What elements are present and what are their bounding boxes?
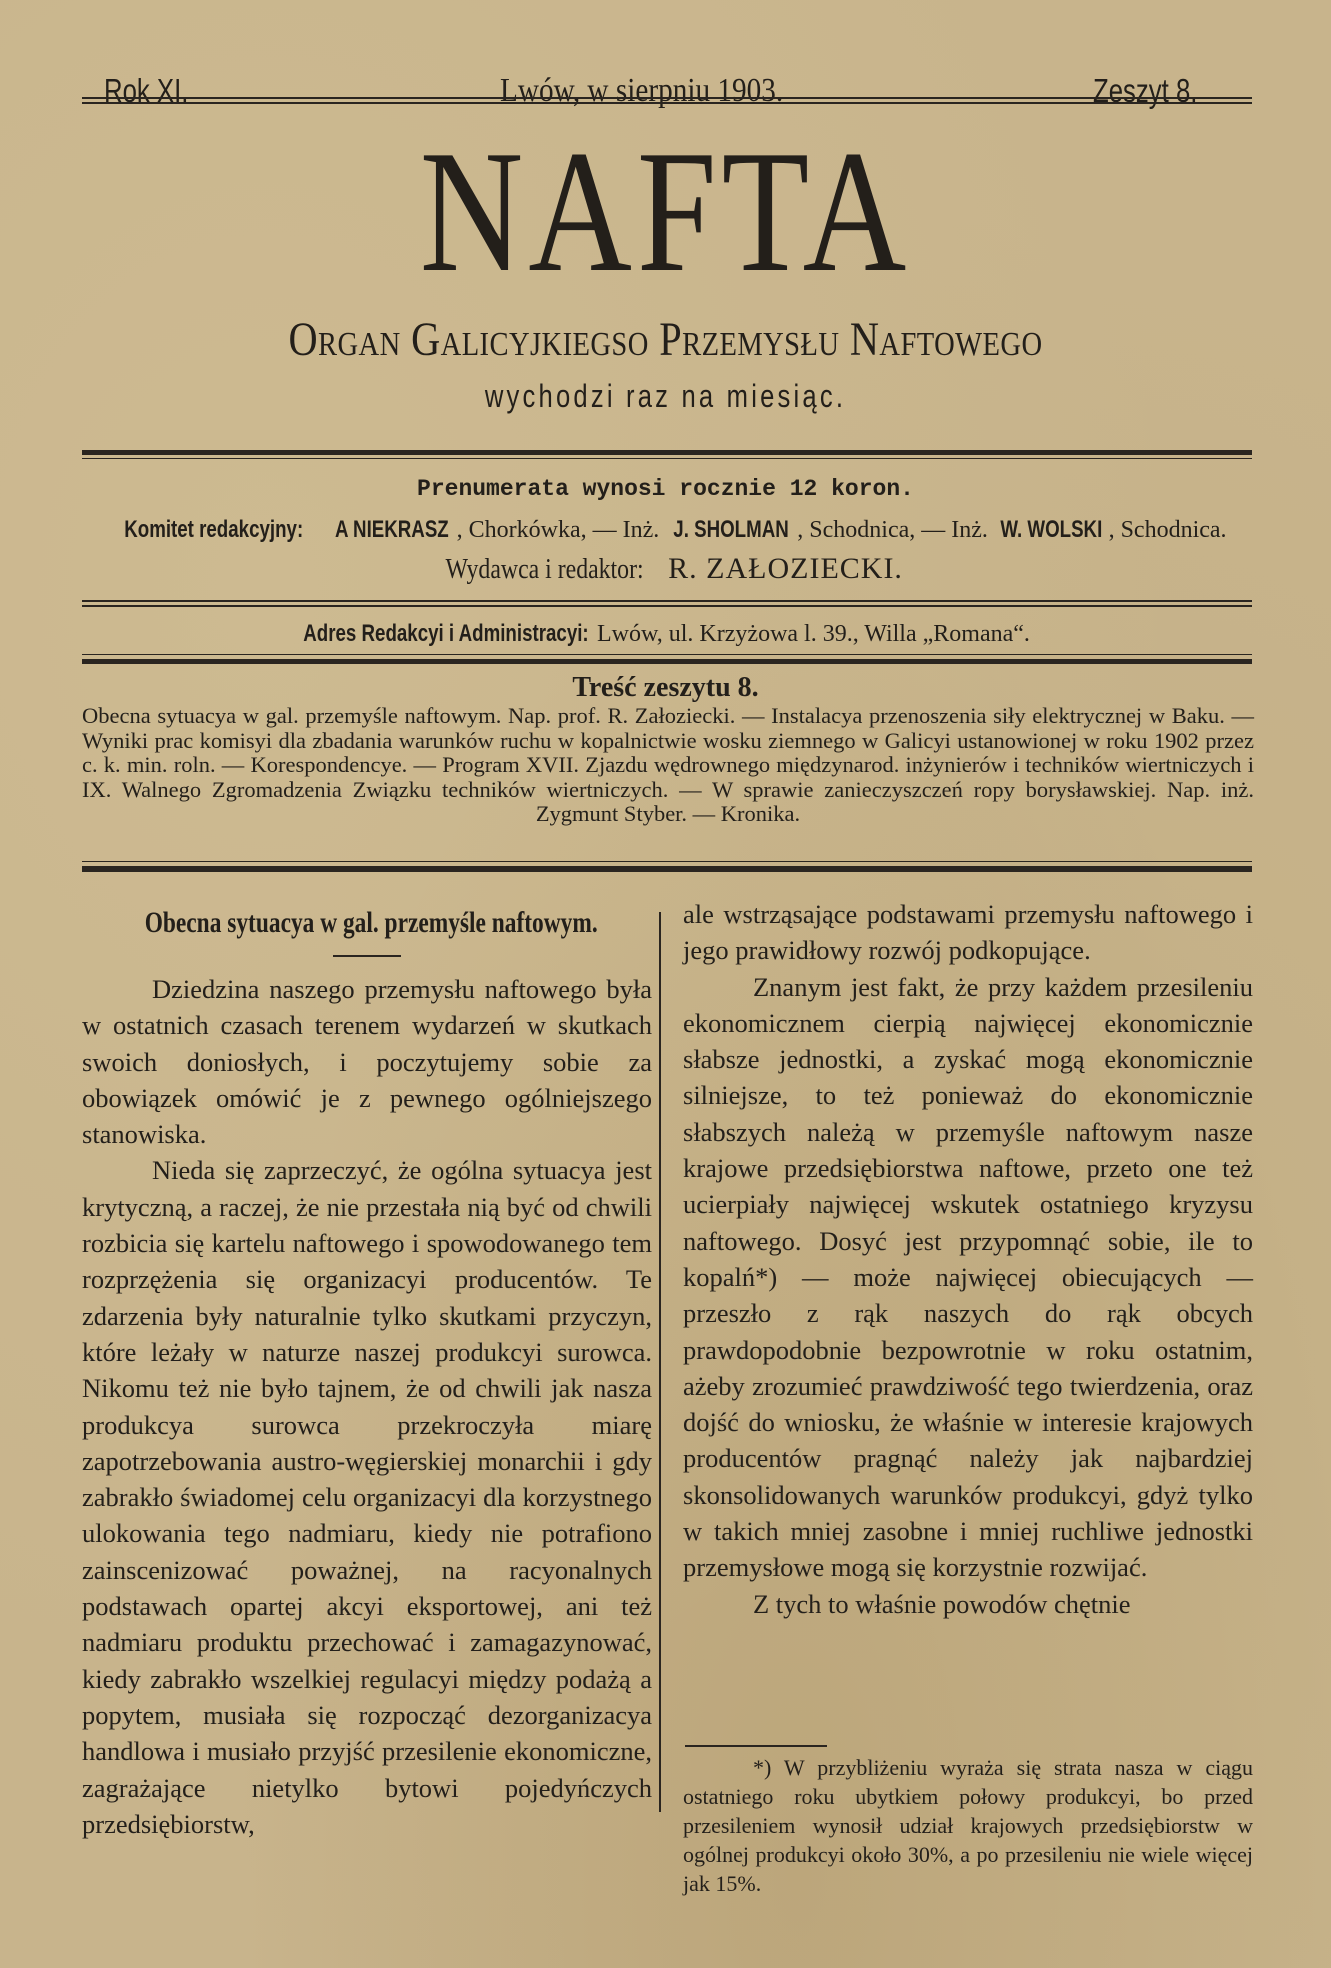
editorial-committee: Komitet redakcyjny: A NIEKRASZ, Chorkówk… — [82, 516, 1252, 544]
place-and-date: Lwów, w sierpniu 1903. — [500, 72, 783, 110]
member-prefix: Inż. — [623, 517, 666, 543]
address-label: Adres Redakcyi i Administracyi: — [303, 620, 588, 648]
publisher-line: Wydawca i redaktor: R. ZAŁOZIECKI. — [0, 552, 1331, 586]
masthead-subtitle: Organ Galicyjkiegso Przemysłu Naftowego — [106, 312, 1224, 367]
paragraph: Dziedzina naszego przemysłu naftowego by… — [82, 971, 652, 1152]
paragraph: Z tych to właśnie powodów chętnie — [683, 1586, 1253, 1622]
subscription-price: Prenumerata wynosi rocznie 12 koron. — [0, 476, 1331, 502]
volume-number: Rok XI. — [104, 72, 188, 110]
footnote-text: *) W przybliżeniu wyraża się strata nasz… — [683, 1753, 1253, 1898]
member-name: A NIEKRASZ — [335, 516, 449, 544]
paragraph: ale wstrząsające podstawami przemysłu na… — [683, 896, 1253, 969]
contents-title: Treść zeszytu 8. — [0, 672, 1331, 704]
contents-thin-rule — [82, 861, 1252, 862]
contents-text: Obecna sytuacya w gal. przemyśle naftowy… — [82, 704, 1254, 827]
publisher-name: R. ZAŁOZIECKI. — [668, 552, 903, 585]
address-line: Adres Redakcyi i Administracyi: Lwów, ul… — [0, 620, 1331, 648]
article-right-column: ale wstrząsające podstawami przemysłu na… — [683, 896, 1253, 1622]
publisher-label: Wydawca i redaktor: — [446, 554, 644, 586]
address-value: Lwów, ul. Krzyżowa l. 39., Willa „Romana… — [597, 621, 1030, 647]
publication-frequency: wychodzi raz na miesiąc. — [133, 378, 1198, 415]
member-name: W. WOLSKI — [1000, 516, 1102, 544]
member-name: J. SHOLMAN — [674, 516, 789, 544]
info-double-rule-top — [82, 600, 1252, 602]
committee-member: Inż. W. WOLSKI, Schodnica. — [951, 517, 1226, 543]
header-double-rule-bottom — [82, 102, 1252, 104]
committee-label: Komitet redakcyjny: — [125, 516, 304, 544]
contents-heavy-rule — [82, 866, 1252, 872]
member-place: , Chorkówka, — — [457, 517, 623, 543]
header-double-rule-top — [82, 97, 1252, 99]
footnote-separator — [685, 1745, 827, 1747]
title-separator — [333, 955, 401, 957]
member-place: , Schodnica. — [1109, 517, 1227, 543]
footnote: *) W przybliżeniu wyraża się strata nasz… — [683, 1753, 1253, 1898]
column-divider — [659, 912, 661, 1812]
article-left-column: Obecna sytuacya w gal. przemyśle naftowy… — [82, 903, 652, 1842]
committee-member: A NIEKRASZ, Chorkówka, — — [327, 517, 623, 543]
masthead-thin-rule — [82, 458, 1252, 459]
masthead-title: NAFTA — [120, 116, 1211, 306]
paragraph: Znanym jest fakt, że przy każdem przesil… — [683, 969, 1253, 1586]
paragraph: Nieda się zaprzeczyć, że ogólna sytuacya… — [82, 1152, 652, 1842]
committee-member: Inż. J. SHOLMAN, Schodnica, — — [623, 517, 952, 543]
article-title: Obecna sytuacya w gal. przemyśle naftowy… — [145, 903, 590, 943]
masthead-heavy-rule — [82, 450, 1252, 455]
member-place: , Schodnica, — — [797, 517, 951, 543]
address-thin-rule — [82, 654, 1252, 655]
address-heavy-rule — [82, 659, 1252, 664]
member-prefix: Inż. — [951, 517, 994, 543]
info-double-rule-bottom — [82, 605, 1252, 607]
issue-number: Zeszyt 8. — [1093, 72, 1197, 110]
